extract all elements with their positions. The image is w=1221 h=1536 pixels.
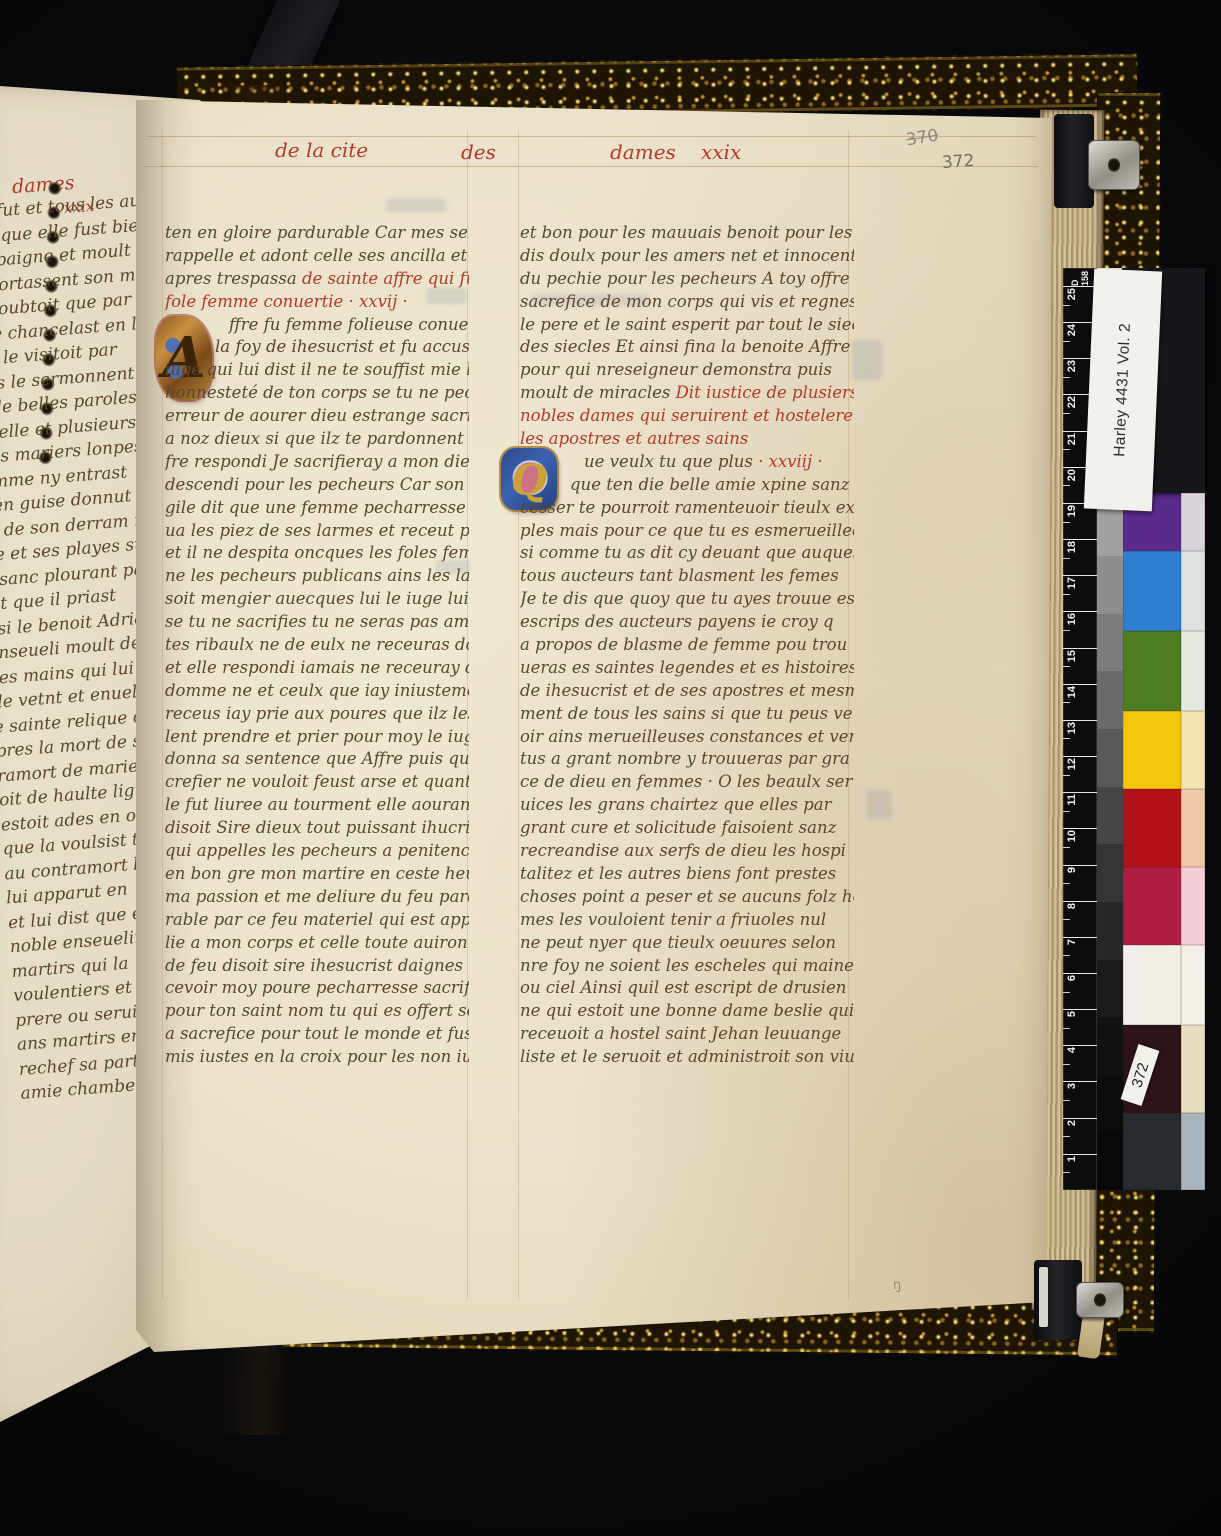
ink-text: ce de dieu en femmes · O les beaulx ser (520, 772, 852, 791)
manuscript-line: du pechie pour les pecheurs A toy offre … (520, 268, 854, 291)
ink-text: tes ribaulx ne de eulx ne receuras dons (165, 635, 469, 654)
ink-text: ue veulx tu que plus (584, 452, 758, 471)
color-patch-side-buff (1181, 1025, 1205, 1113)
ink-text: ou ciel Ainsi quil est escript de drusie… (520, 978, 846, 997)
manuscript-line: apres trespassa de sainte affre qui fu (165, 268, 469, 291)
ink-text: si comme tu as dit cy deuant que auques (520, 543, 854, 562)
manuscript-line: de ihesucrist et de ses apostres et mesm… (520, 680, 854, 703)
ink-text: rable par ce feu materiel qui est appara… (165, 910, 469, 929)
photo-backdrop: dames xxix tant fut et tous les autresdi… (0, 0, 1221, 1536)
manuscript-line: et il ne despita oncques les foles femes (165, 542, 469, 565)
ink-text: apres trespassa (165, 269, 302, 288)
volume-label: Harley 4431 Vol. 2 (1084, 269, 1162, 512)
rubric-text: fole femme conuertie · xxvij · (165, 292, 408, 311)
ink-text: talitez et les autres biens font prestes (520, 864, 836, 883)
grayscale-step (1097, 556, 1123, 614)
folio-number-old: 370 (905, 126, 940, 151)
ink-text: la foy de ihesucrist et fu accusée au (215, 337, 469, 356)
ruler-cm-cell: 2 (1063, 1118, 1097, 1154)
manuscript-line: grant cure et solicitude faisoient sanz (520, 817, 854, 840)
manuscript-line: receuoit a hostel saint Jehan leuuange (520, 1023, 854, 1046)
manuscript-line: et elle respondi iamais ne receuray don (165, 657, 469, 680)
ink-text: a sacrefice pour tout le monde et fus (165, 1024, 469, 1043)
ruler-number: 3 (1066, 1083, 1078, 1089)
ruler-number: 5 (1066, 1011, 1078, 1017)
ruler-cm-cell: 11 (1063, 792, 1097, 828)
color-patch-blue (1123, 551, 1181, 631)
ink-text: erreur de aourer dieu estrange sacrifies (165, 406, 469, 425)
grayscale-step (1097, 1132, 1123, 1190)
manuscript-line: lie a mon corps et celle toute auironnee (165, 932, 469, 955)
manuscript-line: ma passion et me deliure du feu pardu (165, 886, 469, 909)
ink-text: ne peut nyer que tieulx oeuures selon (520, 933, 836, 952)
ink-text: pour qui nreseigneur demonstra puis (520, 360, 832, 379)
ruler-number: 17 (1066, 577, 1078, 589)
ink-text: descendi pour les pecheurs Car son euua (165, 475, 469, 494)
manuscript-line: ou ciel Ainsi quil est escript de drusie… (520, 977, 854, 1000)
show-through-smudge (386, 198, 446, 212)
manuscript-line: ples mais pour ce que tu es esmerueillee (520, 520, 854, 543)
manuscript-line: talitez et les autres biens font prestes (520, 863, 854, 886)
color-patch-side-pale-mint (1181, 631, 1205, 711)
rubric-text: Dit iustice de plusiers (676, 383, 854, 402)
ink-text: Je te dis que quoy que tu ayes trouue es (520, 589, 854, 608)
ink-text: qui appelles les pecheurs a penitence re… (165, 841, 469, 860)
ink-text: grant cure et solicitude faisoient sanz (520, 818, 836, 837)
grayscale-step (1097, 960, 1123, 1018)
ink-text: domme ne et ceulx que iay iniustement (165, 681, 469, 700)
ruler-cm-cell: 7 (1063, 937, 1097, 973)
ruler-cm-cell: 8 (1063, 901, 1097, 937)
ruler-cm-cell: 15 (1063, 648, 1097, 684)
manuscript-line: cevoir moy poure pecharresse sacrifiee (165, 977, 469, 1000)
ink-text: pour ton saint nom tu qui es offert seul (165, 1001, 469, 1020)
ink-text: ffre fu femme folieuse conuertie a (229, 315, 469, 334)
ink-text: que ten die belle amie xpine sanz (570, 475, 849, 494)
manuscript-line: dis doulx pour les amers net et innocent (520, 245, 854, 268)
manuscript-line: tes ribaulx ne de eulx ne receuras dons (165, 634, 469, 657)
manuscript-line: Je te dis que quoy que tu ayes trouue es (520, 588, 854, 611)
ink-text: et bon pour les mauuais benoit pour les … (520, 223, 854, 242)
color-patch-white (1123, 945, 1181, 1025)
ruler-number: 13 (1066, 722, 1078, 734)
ink-text: ma passion et me deliure du feu pardu (165, 887, 469, 906)
color-patch-crimson (1123, 867, 1181, 945)
ink-text: sacrefice de mon corps qui vis et regnes… (520, 292, 854, 311)
rubric-text: nobles dames qui seruirent et hosteleren… (520, 406, 854, 425)
ink-text: soit mengier auecques lui le iuge lui di… (165, 589, 469, 608)
ink-text: de feu disoit sire ihesucrist daignes re (165, 956, 469, 975)
ink-text: de ihesucrist et de ses apostres et mesm… (520, 681, 854, 700)
manuscript-line: ment de tous les sains si que tu peus ve (520, 703, 854, 726)
manuscript-line: gile dit que une femme pecharresse lui l… (165, 497, 469, 520)
grayscale-step (1097, 1017, 1123, 1075)
manuscript-line: uices les grans chairtez que elles par (520, 794, 854, 817)
ink-text: lent prendre et prier pour moy le iuge (165, 727, 469, 746)
manuscript-line: rappelle et adont celle ses ancilla et t… (165, 245, 469, 268)
manuscript-line: erreur de aourer dieu estrange sacrifies (165, 405, 469, 428)
ruler-number: 11 (1066, 794, 1078, 806)
ink-text: rappelle et adont celle ses ancilla et t… (165, 246, 469, 265)
ink-text: nre foy ne soient les escheles qui maine… (520, 956, 854, 975)
ruler-cm-cell: 18 (1063, 539, 1097, 575)
color-patch-yellow (1123, 711, 1181, 789)
manuscript-line: moult de miracles Dit iustice de plusier… (520, 382, 854, 405)
manuscript-line: lent prendre et prier pour moy le iuge (165, 726, 469, 749)
manuscript-line: honnesteté de ton corps se tu ne peches … (165, 382, 469, 405)
ruler-number: 25 (1066, 288, 1078, 300)
ink-text: ne qui estoit une bonne dame beslie qui (520, 1001, 854, 1020)
rubric-text: les apostres et autres sains (520, 429, 748, 448)
pencil-mark: ŋ (893, 1278, 901, 1293)
manuscript-line: en bon gre mon martire en ceste heure de (165, 863, 469, 886)
manuscript-line: soit mengier auecques lui le iuge lui di… (165, 588, 469, 611)
manuscript-line: choses point a peser et se aucuns folz h… (520, 886, 854, 909)
column-rule-line (162, 130, 163, 1300)
rubric-text: · xxviij · (758, 452, 823, 471)
color-patches-side (1181, 493, 1205, 1190)
grayscale-step (1097, 902, 1123, 960)
ink-text: dis doulx pour les amers net et innocent (520, 246, 854, 265)
ink-text: et elle respondi iamais ne receuray don (165, 658, 469, 677)
manuscript-line: fre respondi Je sacrifieray a mon dieu q… (165, 451, 469, 474)
ruler-cm-cell: 3 (1063, 1081, 1097, 1117)
show-through-smudge (852, 340, 882, 380)
manuscript-line: ce de dieu en femmes · O les beaulx ser (520, 771, 854, 794)
ink-text: receus iay prie aux poures que ilz les v… (165, 704, 469, 723)
manuscript-line: ueras es saintes legendes et es histoire… (520, 657, 854, 680)
ruler-cm-cell: 17 (1063, 575, 1097, 611)
manuscript-line: le pere et le saint esperit par tout le … (520, 314, 854, 337)
ink-text: en bon gre mon martire en ceste heure de (165, 864, 469, 883)
manuscript-line: recreandise aux serfs de dieu les hospi (520, 840, 854, 863)
manuscript-page: de la cite des dames xxix 370 372 ŋ ıı A… (136, 90, 1054, 1354)
ink-text: tous aucteurs tant blasment les femes (520, 566, 839, 585)
ink-text: cesser te pourroit ramenteuoir tieulx ex… (520, 498, 854, 517)
ink-text: se tu ne sacrifies tu ne seras pas amée … (165, 612, 469, 631)
ink-text: mis iustes en la croix pour les non iust… (165, 1047, 469, 1066)
ink-text: le fut liuree au tourment elle aourant (165, 795, 469, 814)
running-header-part1: de la cite (275, 138, 368, 162)
ruler-scale-label-text: D 158 (1070, 268, 1090, 286)
text-column-right: et bon pour les mauuais benoit pour les … (520, 222, 854, 1069)
color-patch-side-pink (1181, 867, 1205, 945)
ruler-cm-cell: 14 (1063, 684, 1097, 720)
manuscript-line: liste et le seruoit et administroit son … (520, 1046, 854, 1069)
manuscript-line: le fut liuree au tourment elle aourant (165, 794, 469, 817)
ink-text: donna sa sentence que Affre puis que sa (165, 749, 469, 768)
ink-text: et il ne despita oncques les foles femes (165, 543, 469, 562)
ink-text: ment de tous les sains si que tu peus ve (520, 704, 853, 723)
ruler-number: 20 (1066, 469, 1078, 481)
manuscript-line: domme ne et ceulx que iay iniustement (165, 680, 469, 703)
manuscript-line: si comme tu as dit cy deuant que auques (520, 542, 854, 565)
ruler-number: 1 (1066, 1156, 1078, 1162)
manuscript-line: donna sa sentence que Affre puis que sa (165, 748, 469, 771)
ruler-number: 7 (1066, 939, 1078, 945)
ink-text: mes les vouloient tenir a friuoles nul (520, 910, 826, 929)
ink-text: ne les pecheurs publicans ains les lais (165, 566, 469, 585)
header-rule-line (146, 136, 1036, 137)
running-header-part2: des (461, 140, 496, 164)
color-patch-side-white (1181, 945, 1205, 1025)
color-calibration-bar: D 158 2524232221201918171615141312111098… (1063, 268, 1205, 1190)
ruler-cm-cell: 16 (1063, 611, 1097, 647)
grayscale-step (1097, 729, 1123, 787)
grayscale-step (1097, 787, 1123, 845)
ink-text: des siecles Et ainsi fina la benoite Aff… (520, 337, 850, 356)
ink-text: uices les grans chairtez que elles par (520, 795, 832, 814)
ink-text: honnesteté de ton corps se tu ne peches … (165, 383, 469, 402)
ink-text: ua les piez de ses larmes et receut pard… (165, 521, 469, 540)
manuscript-line: des siecles Et ainsi fina la benoite Aff… (520, 336, 854, 359)
color-patch-side-pale-gray (1181, 551, 1205, 631)
volume-label-text: Harley 4431 Vol. 2 (1111, 323, 1135, 458)
ink-text: escrips des aucteurs payens ie croy q (520, 612, 834, 631)
rubric-text: de sainte affre qui fu (302, 269, 469, 288)
ruler-number: 10 (1066, 830, 1078, 842)
manuscript-line: a noz dieux si que ilz te pardonnent et … (165, 428, 469, 451)
manuscript-line: ne les pecheurs publicans ains les lais (165, 565, 469, 588)
ruler-cm-cell: 10 (1063, 828, 1097, 864)
ink-text: receuoit a hostel saint Jehan leuuange (520, 1024, 841, 1043)
manuscript-line: la foy de ihesucrist et fu accusée au (165, 336, 469, 359)
ink-text: choses point a peser et se aucuns folz h… (520, 887, 854, 906)
manuscript-line: a propos de blasme de femme pou trou (520, 634, 854, 657)
ruler-cm-cell: 1 (1063, 1154, 1097, 1190)
ruler-cm-cell: 9 (1063, 865, 1097, 901)
manuscript-line: mis iustes en la croix pour les non iust… (165, 1046, 469, 1069)
ink-text: ueras es saintes legendes et es histoire… (520, 658, 854, 677)
color-patch-red (1123, 789, 1181, 867)
ruler-number: 4 (1066, 1047, 1078, 1053)
ruler-number: 23 (1066, 360, 1078, 372)
manuscript-line: oir ains merueilleuses constances et ver (520, 726, 854, 749)
ink-text: crefier ne vouloit feust arse et quant e… (165, 772, 469, 791)
ink-text: a propos de blasme de femme pou trou (520, 635, 847, 654)
grayscale-step (1097, 671, 1123, 729)
ruler-cm-cell: 6 (1063, 973, 1097, 1009)
ruler-cm-cell: 13 (1063, 720, 1097, 756)
ruler-cm-cell: 4 (1063, 1045, 1097, 1081)
manuscript-line: escrips des aucteurs payens ie croy q (520, 611, 854, 634)
manuscript-line: pour ton saint nom tu qui es offert seul (165, 1000, 469, 1023)
manuscript-line: qui appelles les pecheurs a penitence re… (165, 840, 469, 863)
ink-text: lie a mon corps et celle toute auironnee (165, 933, 469, 952)
ink-text: iuge qui lui dist il ne te souffist mie … (165, 360, 469, 379)
manuscript-line: se tu ne sacrifies tu ne seras pas amée … (165, 611, 469, 634)
ruler-number: 14 (1066, 686, 1078, 698)
manuscript-line: ffre fu femme folieuse conuertie a (165, 314, 469, 337)
manuscript-line: nre foy ne soient les escheles qui maine… (520, 955, 854, 978)
manuscript-line: disoit Sire dieux tout puissant ihucrist (165, 817, 469, 840)
ink-text: gile dit que une femme pecharresse lui l… (165, 498, 469, 517)
grayscale-step (1097, 1075, 1123, 1133)
text-column-left: ten en gloire pardurable Car mes seigneu… (164, 222, 469, 1069)
ink-text: ten en gloire pardurable Car mes seigneu… (165, 223, 469, 242)
color-patch-side-pale-lavender (1181, 493, 1205, 551)
color-patch-side-peach (1181, 789, 1205, 867)
manuscript-line: ne qui estoit une bonne dame beslie qui (520, 1000, 854, 1023)
ink-text: cevoir moy poure pecharresse sacrifiee (165, 978, 469, 997)
ruler-number: 6 (1066, 975, 1078, 981)
clasp-label-sticker (1039, 1267, 1048, 1327)
ink-text: tus a grant nombre y trouueras par gra (520, 749, 850, 768)
ink-text: a noz dieux si que ilz te pardonnent et … (165, 429, 469, 448)
ruler-number: 12 (1066, 758, 1078, 770)
running-header-part3: dames (610, 140, 676, 164)
ink-text: du pechie pour les pecheurs A toy offre … (520, 269, 854, 288)
manuscript-line: et bon pour les mauuais benoit pour les … (520, 222, 854, 245)
color-patch-side-cream (1181, 711, 1205, 789)
ink-text: fre respondi Je sacrifieray a mon dieu q… (165, 452, 469, 471)
manuscript-line: descendi pour les pecheurs Car son euua (165, 474, 469, 497)
ruler-number: 15 (1066, 650, 1078, 662)
ruler-number: 24 (1066, 324, 1078, 336)
ruler-number: 19 (1066, 505, 1078, 517)
color-patch-charcoal (1123, 1113, 1181, 1190)
ruler-scale-label: D 158 (1063, 268, 1097, 286)
manuscript-line: receus iay prie aux poures que ilz les v… (165, 703, 469, 726)
manuscript-line: ten en gloire pardurable Car mes seigneu… (165, 222, 469, 245)
ruler-number: 18 (1066, 541, 1078, 553)
manuscript-line: fole femme conuertie · xxvij · (165, 291, 469, 314)
header-rule-line (144, 166, 1038, 167)
ink-text: disoit Sire dieux tout puissant ihucrist (165, 818, 469, 837)
ink-text: oir ains merueilleuses constances et ver (520, 727, 854, 746)
ink-text: liste et le seruoit et administroit son … (520, 1047, 854, 1066)
manuscript-line: ua les piez de ses larmes et receut pard… (165, 520, 469, 543)
ruler-number: 9 (1066, 867, 1078, 873)
manuscript-line: les apostres et autres sains (520, 428, 854, 451)
manuscript-line: tous aucteurs tant blasment les femes (520, 565, 854, 588)
clasp-fitting-top (1088, 140, 1140, 190)
clasp-fitting-bottom (1076, 1282, 1124, 1318)
ink-text: ples mais pour ce que tu es esmerueillee (520, 521, 854, 540)
manuscript-line: que ten die belle amie xpine sanz (520, 474, 854, 497)
ink-text: le pere et le saint esperit par tout le … (520, 315, 854, 334)
manuscript-line: ue veulx tu que plus · xxviij · (520, 451, 854, 474)
grayscale-step (1097, 614, 1123, 672)
color-patch-green (1123, 631, 1181, 711)
ruler-number: 22 (1066, 396, 1078, 408)
color-patch-side-blue-gray (1181, 1113, 1205, 1190)
ruler-cm-cell: 5 (1063, 1009, 1097, 1045)
manuscript-line: cesser te pourroit ramenteuoir tieulx ex… (520, 497, 854, 520)
ruler-number: 21 (1066, 433, 1078, 445)
ruler-cm-cell: 12 (1063, 756, 1097, 792)
folio-number-new: 372 (941, 151, 975, 173)
manuscript-line: pour qui nreseigneur demonstra puis (520, 359, 854, 382)
manuscript-line: iuge qui lui dist il ne te souffist mie … (165, 359, 469, 382)
manuscript-line: de feu disoit sire ihesucrist daignes re (165, 955, 469, 978)
manuscript-line: nobles dames qui seruirent et hosteleren… (520, 405, 854, 428)
show-through-smudge (866, 790, 892, 820)
manuscript-line: mes les vouloient tenir a friuoles nul (520, 909, 854, 932)
ink-text: recreandise aux serfs de dieu les hospi (520, 841, 846, 860)
manuscript-line: rable par ce feu materiel qui est appara… (165, 909, 469, 932)
manuscript-line: sacrefice de mon corps qui vis et regnes… (520, 291, 854, 314)
manuscript-line: tus a grant nombre y trouueras par gra (520, 748, 854, 771)
ruler-number: 16 (1066, 613, 1078, 625)
ink-text: moult de miracles (520, 383, 676, 402)
ruler-number: 8 (1066, 903, 1078, 909)
manuscript-line: ne peut nyer que tieulx oeuures selon (520, 932, 854, 955)
column-rule-line (518, 130, 519, 1300)
grayscale-step (1097, 844, 1123, 902)
running-header-chapter: xxix (701, 140, 741, 164)
ruler-number: 2 (1066, 1120, 1078, 1126)
manuscript-line: crefier ne vouloit feust arse et quant e… (165, 771, 469, 794)
manuscript-line: a sacrefice pour tout le monde et fus (165, 1023, 469, 1046)
